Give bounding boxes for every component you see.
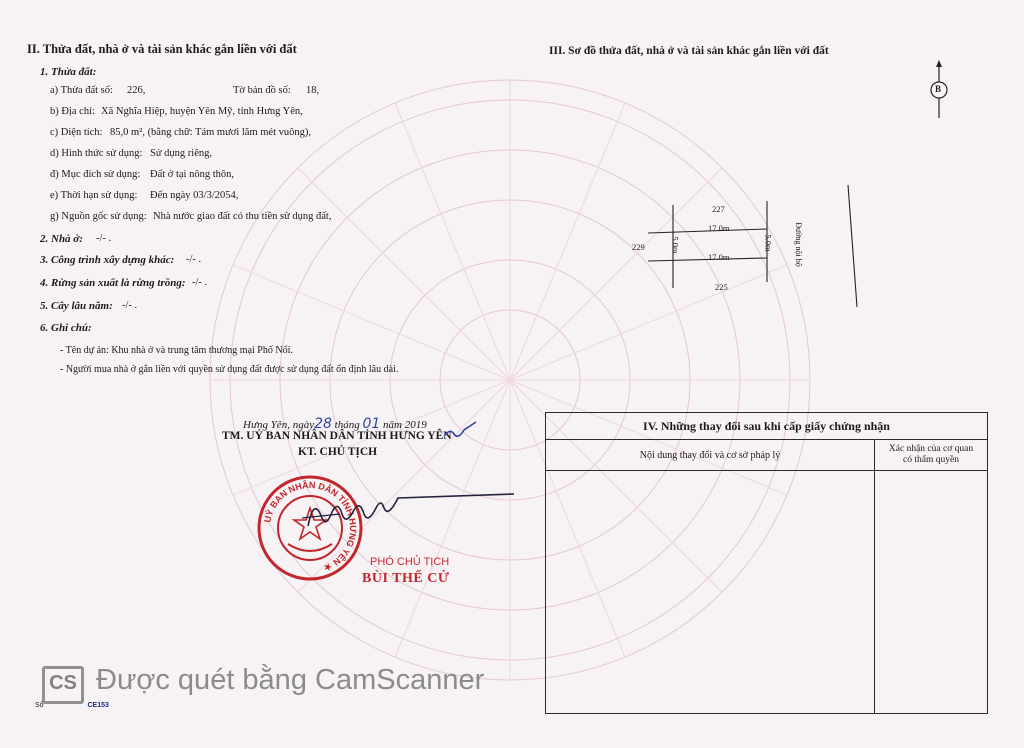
column-header-change-content: Nội dung thay đổi và cơ sở pháp lý	[546, 440, 875, 471]
north-label: B	[935, 84, 941, 94]
changes-table: IV. Những thay đổi sau khi cấp giấy chứn…	[545, 412, 988, 714]
neighbor-parcel-225: 225	[715, 282, 728, 292]
initial-mark-icon	[440, 420, 480, 444]
usage-form-value: Sử dụng riêng,	[150, 148, 212, 159]
plantation-forest-value: -/- .	[192, 277, 207, 288]
neighbor-parcel-227: 227	[712, 204, 725, 214]
usage-purpose-label: đ) Mục đích sử dụng:	[50, 169, 140, 180]
house-heading: 2. Nhà ở:	[40, 233, 83, 245]
perennial-trees-heading: 5. Cây lâu năm:	[40, 300, 113, 312]
top-edge-length: 17.0m	[708, 223, 730, 233]
serial-number: Số CE153	[35, 702, 109, 709]
road-label: Đường nội bộ	[794, 222, 803, 267]
other-construction-value: -/- .	[186, 254, 201, 265]
issuing-authority: TM. UỶ BAN NHÂN DÂN TỈNH HƯNG YÊN	[222, 430, 452, 442]
area-value: 85,0 m², (bằng chữ: Tám mươi lăm mét vuô…	[110, 127, 311, 138]
bottom-edge-length: 17.0m	[708, 252, 730, 262]
house-value: -/- .	[96, 233, 111, 244]
map-sheet-label: Tờ bản đồ số:	[233, 85, 291, 96]
note-item: - Người mua nhà ở gắn liền với quyền sử …	[60, 364, 398, 375]
scanner-watermark: Được quét bằng CamScanner	[96, 664, 484, 697]
parcel-diagram	[610, 185, 870, 310]
land-parcel-heading: 1. Thửa đất:	[40, 66, 96, 78]
right-edge-length: 5.0m	[764, 234, 774, 251]
usage-purpose-value: Đất ở tại nông thôn,	[150, 169, 234, 180]
section-iii-title: III. Sơ đồ thửa đất, nhà ở và tài sản kh…	[549, 45, 829, 57]
note-item: - Tên dự án: Khu nhà ở và trung tâm thươ…	[60, 345, 293, 356]
map-sheet-value: 18,	[306, 85, 319, 96]
signer-title: PHÓ CHỦ TỊCH	[370, 556, 449, 568]
signer-role: KT. CHỦ TỊCH	[298, 446, 377, 458]
camscanner-logo-icon: CS	[42, 666, 84, 704]
usage-term-label: e) Thời hạn sử dụng:	[50, 190, 137, 201]
plantation-forest-heading: 4. Rừng sản xuất là rừng trồng:	[40, 277, 186, 289]
parcel-number-label: a) Thửa đất số:	[50, 85, 113, 96]
section-ii-title: II. Thửa đất, nhà ở và tài sản khác gắn …	[27, 42, 297, 57]
neighbor-parcel-229: 229	[632, 242, 645, 252]
address-value: Xã Nghĩa Hiệp, huyện Yên Mỹ, tỉnh Hưng Y…	[101, 106, 303, 117]
usage-term-value: Đến ngày 03/3/2054,	[150, 190, 238, 201]
notes-heading: 6. Ghi chú:	[40, 322, 92, 334]
signature-stroke	[300, 488, 520, 538]
column-header-authority-confirmation: Xác nhận của cơ quan có thẩm quyền	[875, 440, 988, 471]
section-iv-title: IV. Những thay đổi sau khi cấp giấy chứn…	[546, 413, 988, 440]
usage-origin-value: Nhà nước giao đất có thu tiền sử dụng đấ…	[153, 211, 331, 222]
signer-name: BÙI THẾ CỬ	[362, 571, 449, 587]
change-content-cell	[546, 471, 875, 714]
parcel-number-value: 226,	[127, 85, 145, 96]
usage-origin-label: g) Nguồn gốc sử dụng:	[50, 211, 147, 222]
other-construction-heading: 3. Công trình xây dựng khác:	[40, 254, 174, 266]
address-label: b) Địa chỉ:	[50, 106, 95, 117]
authority-confirmation-cell	[875, 471, 988, 714]
left-edge-length: 5.0m	[671, 236, 681, 253]
perennial-trees-value: -/- .	[122, 300, 137, 311]
area-label: c) Diện tích:	[50, 127, 102, 138]
usage-form-label: d) Hình thức sử dụng:	[50, 148, 142, 159]
